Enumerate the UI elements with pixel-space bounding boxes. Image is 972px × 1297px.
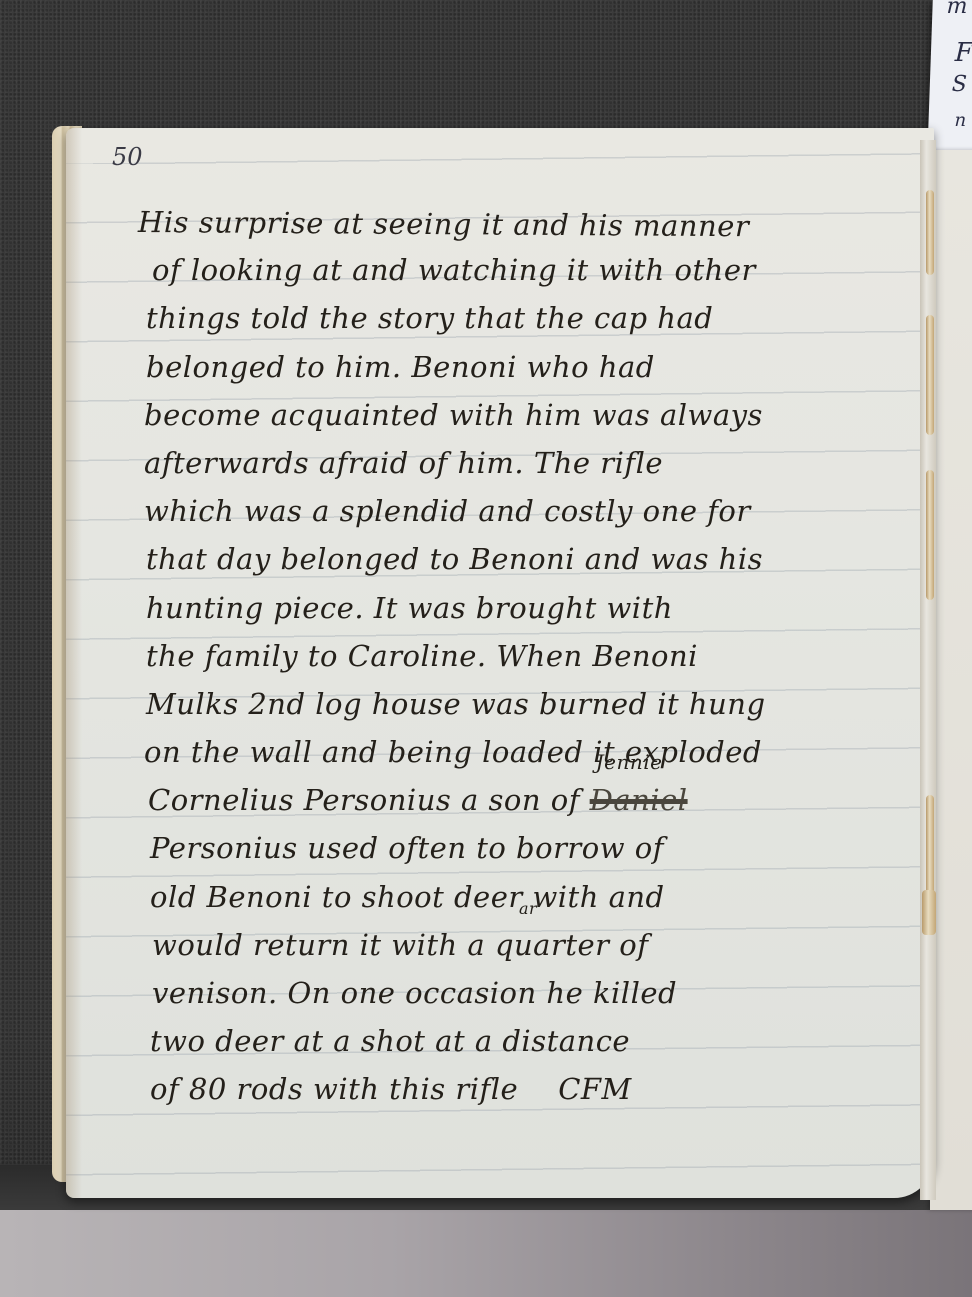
text-line-with-correction: Cornelius Personius a son of JennieDanie…: [148, 776, 928, 824]
signature-initials: CFM: [558, 1072, 632, 1106]
text-line: hunting piece. It was brought with: [146, 584, 926, 632]
text-line: become acquainted with him was always: [144, 391, 924, 439]
text-line: His surprise at seeing it and his manner: [138, 198, 918, 252]
text-line: belonged to him. Benoni who had: [146, 343, 926, 391]
inserted-correction: arquarter: [495, 921, 610, 969]
index-card-mark: S: [951, 72, 967, 97]
text-line: on the wall and being loaded it exploded: [144, 728, 924, 776]
text-segment: of: [610, 928, 649, 962]
binding-thread: [926, 470, 934, 600]
index-card-mark: n: [954, 110, 966, 131]
text-line: that day belonged to Benoni and was his: [146, 535, 926, 583]
index-card-mark: F: [954, 38, 972, 68]
text-line: the family to Caroline. When Benoni: [146, 632, 926, 680]
text-segment: would return it with a: [152, 928, 495, 962]
inserted-letters: ar: [519, 901, 537, 917]
struck-word: Daniel: [590, 783, 688, 817]
table-surface: [0, 1210, 972, 1297]
text-line-with-insertion: would return it with a arquarter of: [152, 921, 932, 969]
correction: JennieDaniel: [590, 776, 688, 824]
text-segment: Cornelius Personius a son of: [148, 783, 590, 817]
text-line: old Benoni to shoot deer with and: [150, 873, 930, 921]
inserted-word: Jennie: [596, 752, 663, 772]
facing-page: [930, 150, 972, 1210]
binding-thread: [926, 315, 934, 435]
text-line: Personius used often to borrow of: [150, 824, 930, 872]
corrected-word: quarter: [495, 928, 610, 962]
handwritten-text: His surprise at seeing it and his manner…: [138, 198, 918, 1114]
text-line: which was a splendid and costly one for: [144, 487, 924, 535]
page-number: 50: [112, 143, 143, 171]
text-line: things told the story that the cap had: [146, 294, 926, 342]
text-line: venison. On one occasion he killed: [152, 969, 932, 1017]
text-line: of looking at and watching it with other: [152, 246, 932, 294]
index-card-mark: m: [946, 0, 968, 19]
text-segment: of 80 rods with this rifle: [150, 1072, 518, 1106]
text-line: afterwards afraid of him. The rifle: [144, 439, 924, 487]
text-line: Mulks 2nd log house was burned it hung: [146, 680, 926, 728]
text-line-final: of 80 rods with this rifleCFM: [150, 1065, 930, 1113]
text-line: two deer at a shot at a distance: [150, 1017, 930, 1065]
